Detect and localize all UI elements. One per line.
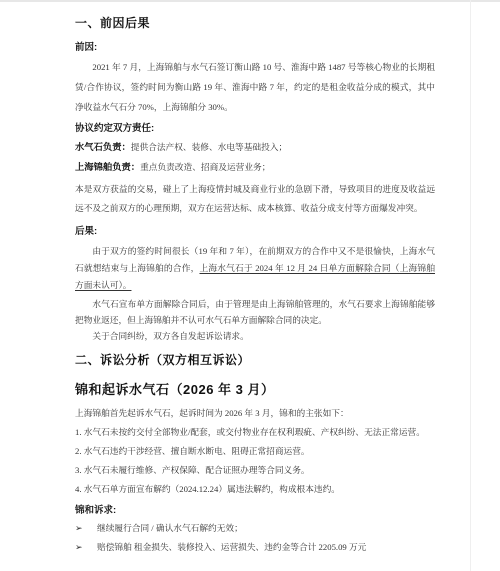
lawsuit-request-line: 关于合同纠纷，双方各自发起诉讼请求。 [75,328,435,344]
claims-intro: 上海锦舶首先起诉水气石，起诉时间为 2026 年 3 月，锦和的主张如下： [75,407,435,419]
shuiqishi-duty-label: 水气石负责： [75,142,131,152]
result-label: 后果: [75,223,435,237]
arrow-bullet-icon: ➢ [75,522,97,534]
conflict-paragraph: 本是双方获益的交易，碰上了上海疫情封城及商业行业的急剧下滑，导致项目的进度及收益… [75,180,435,218]
claim-item-1: 1. 水气石未按约交付全部物业/配套，或交付物业存在权利瑕疵、产权纠纷、无法正常… [75,426,435,438]
page-top-edge [0,0,500,2]
claim-item-4: 4. 水气石单方面宣布解约（2024.12.24）属违法解约，构成根本违约。 [75,483,435,495]
demand-item-2: ➢ 赔偿锦舶 租金损失、装修投入、运营损失、违约金等合计 2205.09 万元 [75,541,435,553]
demands-label: 锦和诉求: [75,502,435,516]
cause-paragraph: 2021 年 7 月，上海锦舶与水气石签订衡山路 10 号、淮海中路 1487 … [75,57,435,117]
responsibilities-label: 协议约定双方责任: [75,120,435,134]
section-1-heading: 一、前因后果 [75,14,435,31]
jinbo-duty-text: 重点负责改造、招商及运营业务； [140,162,270,172]
cause-label: 前因: [75,39,435,53]
result-paragraph-2: 水气石宣布单方面解除合同后，由于管理是由上海锦舶管理的，水气石要求上海锦舶能够把… [75,296,435,328]
jinhe-sues-subheading: 锦和起诉水气石（2026 年 3 月） [75,379,435,398]
arrow-bullet-icon: ➢ [75,541,97,553]
claim-item-3: 3. 水气石未履行维修、产权保障、配合证照办理等合同义务。 [75,464,435,476]
result-paragraph-1: 由于双方的签约时间很长（19 年和 7 年），在前期双方的合作中又不是很愉快，上… [75,243,435,294]
page-right-edge [470,0,471,571]
section-2-heading: 二、诉讼分析（双方相互诉讼） [75,351,435,368]
demand-item-2-text: 赔偿锦舶 租金损失、装修投入、运营损失、违约金等合计 2205.09 万元 [97,541,435,553]
document-page: 一、前因后果 前因: 2021 年 7 月，上海锦舶与水气石签订衡山路 10 号… [0,0,500,571]
shuiqishi-duty-text: 提供合法产权、装修、水电等基础投入； [131,142,287,152]
demand-item-1: ➢ 继续履行合同 / 确认水气石解约无效； [75,522,435,534]
demand-item-1-text: 继续履行合同 / 确认水气石解约无效； [97,522,435,534]
jinbo-duty-label: 上海锦舶负责： [75,162,140,172]
shuiqishi-duty-line: 水气石负责：提供合法产权、装修、水电等基础投入； [75,139,435,153]
claim-item-2: 2. 水气石违约干涉经营、擅自断水断电、阻碍正常招商运营。 [75,445,435,457]
jinbo-duty-line: 上海锦舶负责：重点负责改造、招商及运营业务； [75,159,435,173]
